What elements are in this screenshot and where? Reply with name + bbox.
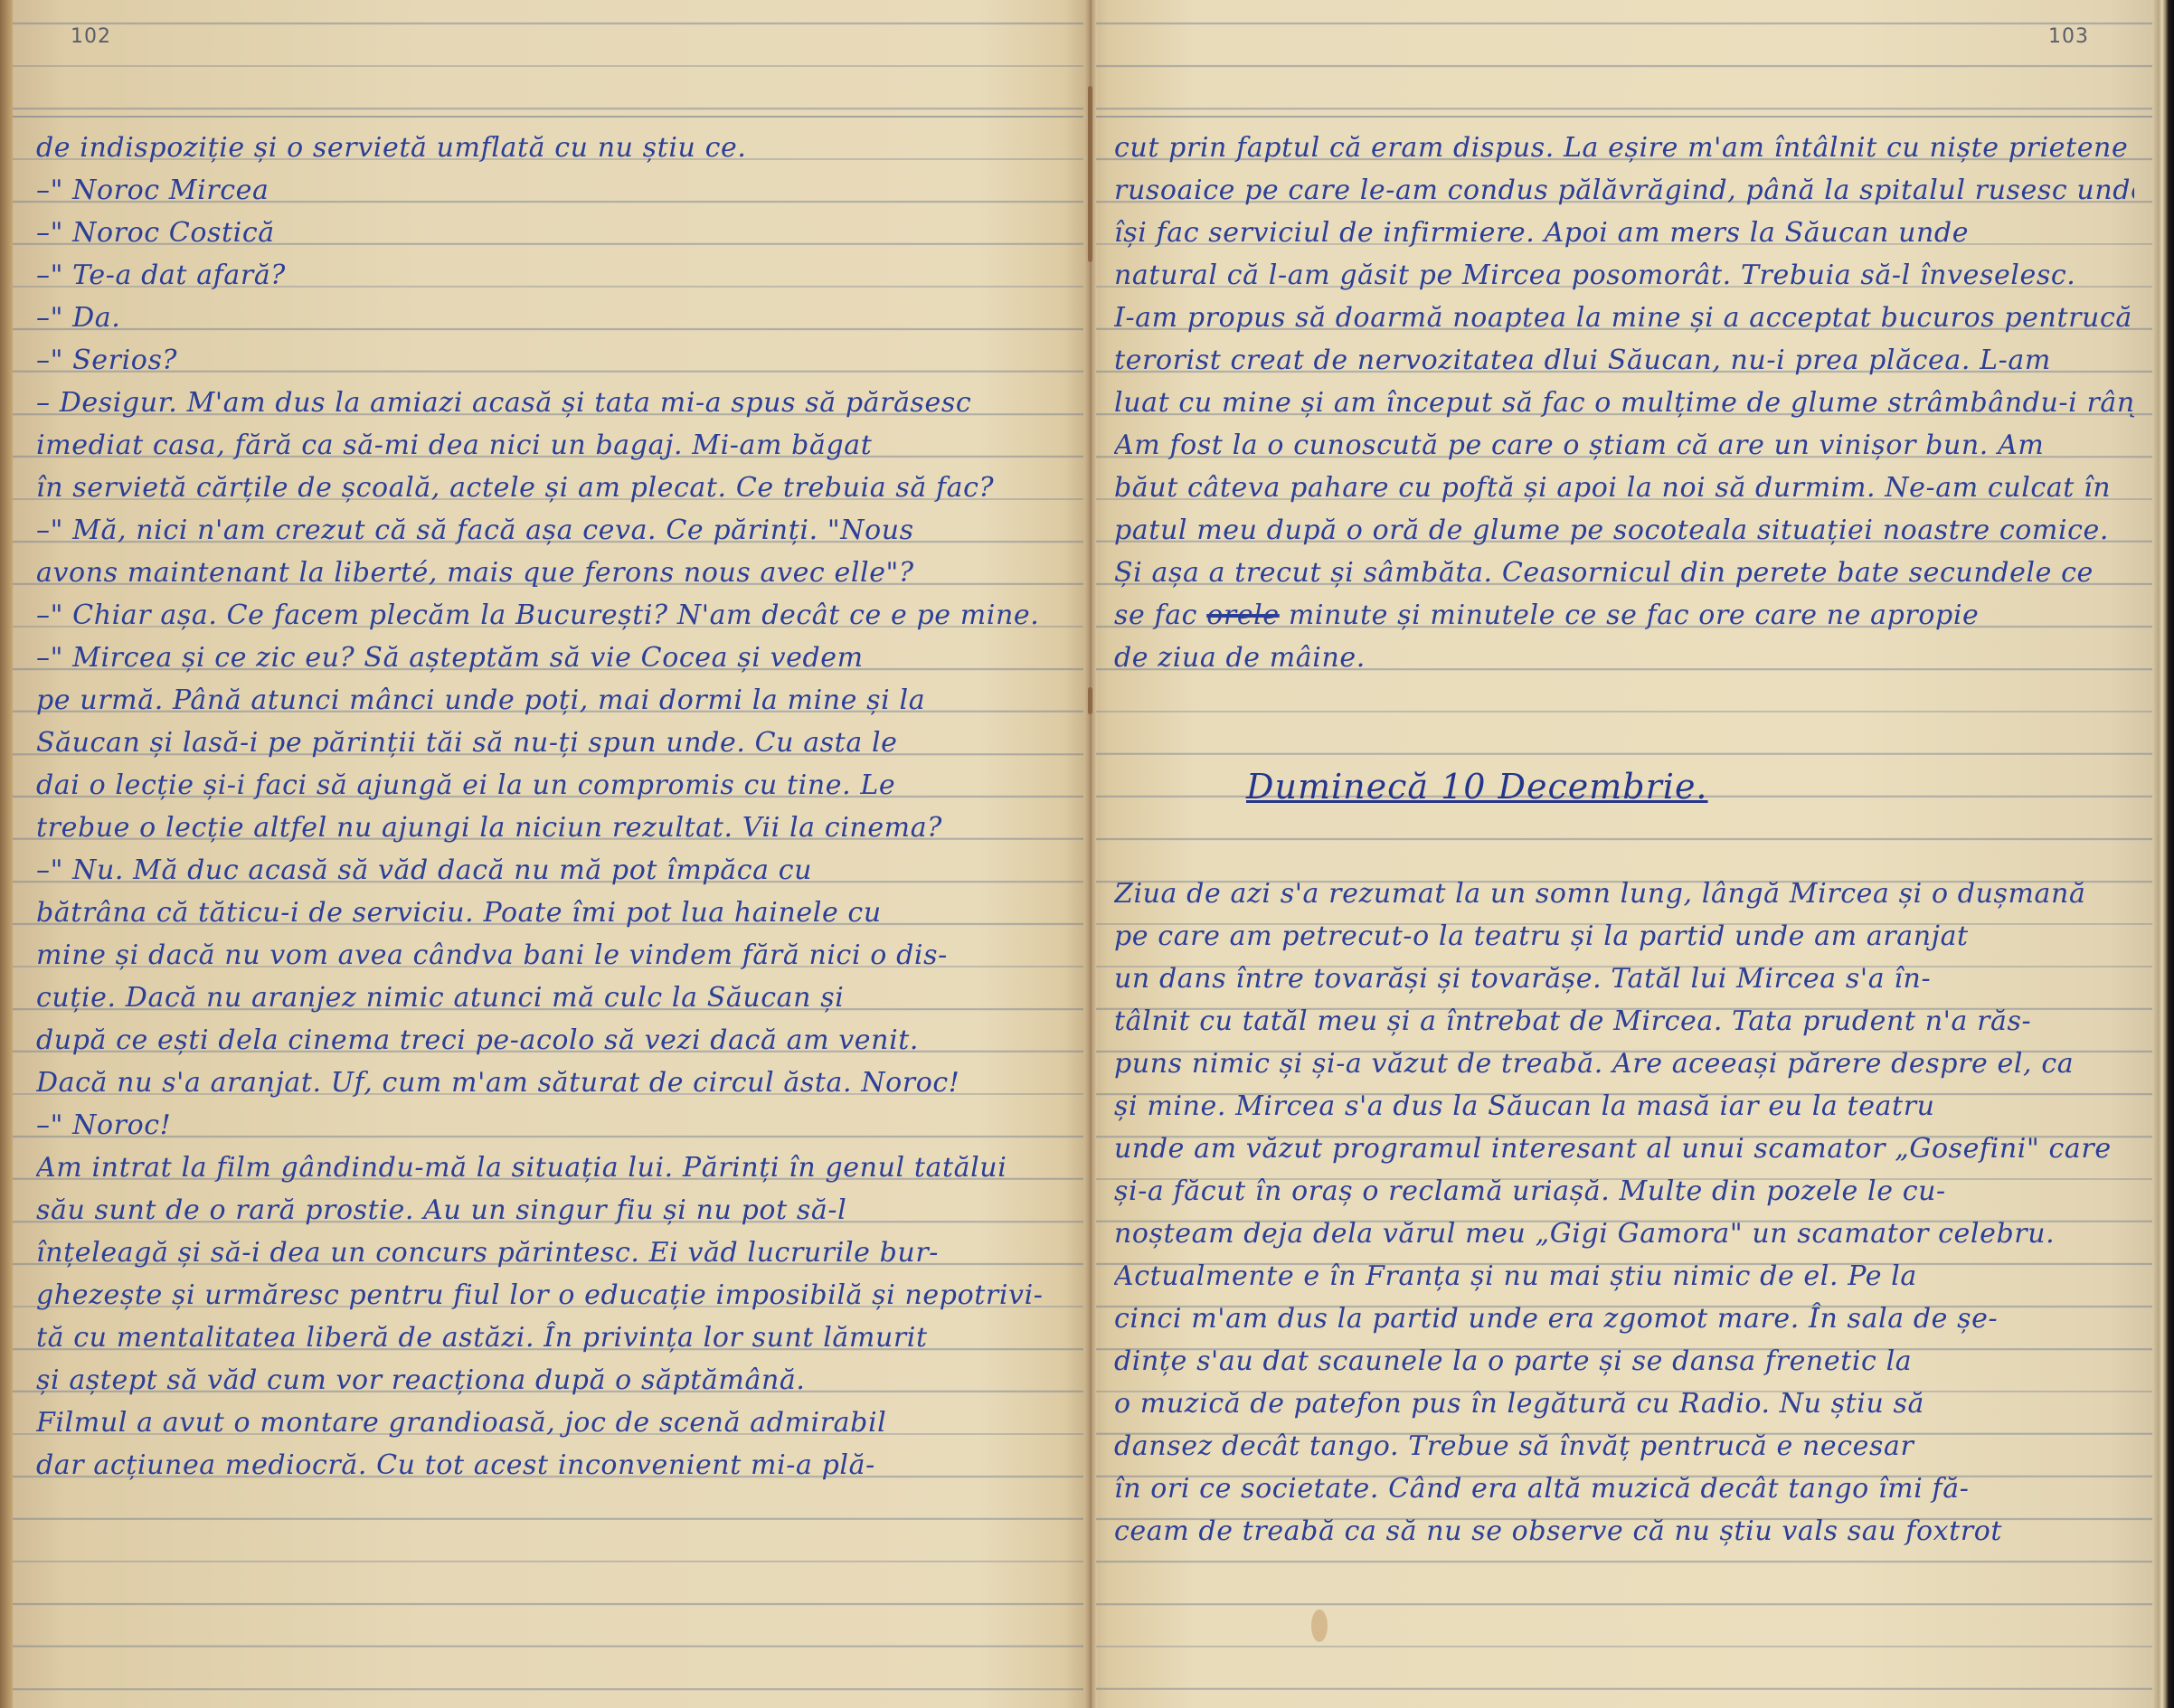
handwritten-line: își fac serviciul de infirmiere. Apoi am… xyxy=(1114,212,2134,254)
handwritten-line: dar acțiunea mediocră. Cu tot acest inco… xyxy=(36,1444,1065,1486)
top-rule xyxy=(1096,116,2152,118)
handwritten-line: avons maintenant la liberté, mais que fe… xyxy=(36,552,1065,594)
handwritten-line: Dacă nu s'a aranjat. Uf, cum m'am sătura… xyxy=(36,1062,1065,1104)
handwritten-line: dansez decât tango. Trebue să învăț pent… xyxy=(1114,1425,2134,1467)
handwritten-line: –" Mircea și ce zic eu? Să așteptăm să v… xyxy=(36,637,1065,679)
handwritten-line: dai o lecție și-i faci să ajungă ei la u… xyxy=(36,764,1065,807)
handwritten-line: –" Te-a dat afară? xyxy=(36,254,1065,297)
handwritten-line: –" Mă, nici n'am crezut că să facă așa c… xyxy=(36,509,1065,552)
handwritten-line: de ziua de mâine. xyxy=(1114,637,2134,679)
handwritten-line: după ce ești dela cinema treci pe-acolo … xyxy=(36,1019,1065,1062)
handwritten-line: Am intrat la film gândindu-mă la situați… xyxy=(36,1147,1065,1189)
handwritten-line: Filmul a avut o montare grandioasă, joc … xyxy=(36,1401,1065,1444)
handwritten-line: și aștept să văd cum vor reacționa după … xyxy=(36,1359,1065,1401)
entry-date-heading: Duminecă 10 Decembrie. xyxy=(1246,767,1708,807)
handwritten-line: – Desigur. M'am dus la amiazi acasă și t… xyxy=(36,382,1065,424)
handwritten-line: Actualmente e în Franța și nu mai știu n… xyxy=(1114,1255,2134,1298)
handwritten-line: său sunt de o rară prostie. Au un singur… xyxy=(36,1189,1065,1231)
handwritten-line: ceam de treabă ca să nu se observe că nu… xyxy=(1114,1510,2134,1552)
handwritten-line: se fac orele minute și minutele ce se fa… xyxy=(1114,594,2134,637)
handwritten-line: Și așa a trecut și sâmbăta. Ceasornicul … xyxy=(1114,552,2134,594)
handwritten-line: puns nimic și și-a văzut de treabă. Are … xyxy=(1114,1043,2134,1085)
handwritten-line: –" Noroc Costică xyxy=(36,212,1065,254)
handwritten-line: bătrâna că tăticu-i de serviciu. Poate î… xyxy=(36,892,1065,934)
handwritten-line: tâlnit cu tatăl meu și a întrebat de Mir… xyxy=(1114,1000,2134,1043)
handwritten-line: patul meu după o oră de glume pe socotea… xyxy=(1114,509,2134,552)
handwritten-line: –" Da. xyxy=(36,297,1065,339)
handwritten-line: ghezește și urmăresc pentru fiul lor o e… xyxy=(36,1274,1065,1316)
handwritten-line: băut câteva pahare cu poftă și apoi la n… xyxy=(1114,467,2134,509)
handwritten-line: Ziua de azi s'a rezumat la un somn lung,… xyxy=(1114,873,2134,915)
handwritten-line: terorist creat de nervozitatea dlui Săuc… xyxy=(1114,339,2134,382)
handwritten-line: –" Nu. Mă duc acasă să văd dacă nu mă po… xyxy=(36,849,1065,892)
right-page-text: cut prin faptul că eram dispus. La eșire… xyxy=(1114,127,2134,679)
left-page: 102 de indispoziție și o servietă umflat… xyxy=(0,0,1083,1708)
handwritten-line: –" Noroc! xyxy=(36,1104,1065,1147)
binding-stitch xyxy=(1088,86,1092,262)
handwritten-line: Săucan și lasă-i pe părinții tăi să nu-ț… xyxy=(36,722,1065,764)
handwritten-line: noșteam deja dela vărul meu „Gigi Gamora… xyxy=(1114,1213,2134,1255)
handwritten-line: un dans între tovarăși și tovarășe. Tată… xyxy=(1114,958,2134,1000)
handwritten-line: rusoaice pe care le-am condus pălăvrăgin… xyxy=(1114,169,2134,212)
handwritten-line: luat cu mine și am început să fac o mulț… xyxy=(1114,382,2134,424)
handwritten-line: în servietă cărțile de școală, actele și… xyxy=(36,467,1065,509)
handwritten-line: înțeleagă și să-i dea un concurs părinte… xyxy=(36,1231,1065,1274)
left-page-text: de indispoziție și o servietă umflată cu… xyxy=(36,127,1065,1486)
handwritten-line: trebue o lecție altfel nu ajungi la nici… xyxy=(36,807,1065,849)
handwritten-line: unde am văzut programul interesant al un… xyxy=(1114,1128,2134,1170)
notebook-spread: 102 de indispoziție și o servietă umflat… xyxy=(0,0,2174,1708)
handwritten-line: și mine. Mircea s'a dus la Săucan la mas… xyxy=(1114,1085,2134,1128)
handwritten-line: o muzică de patefon pus în legătură cu R… xyxy=(1114,1382,2134,1425)
handwritten-line: –" Noroc Mircea xyxy=(36,169,1065,212)
right-page-entry-text: Ziua de azi s'a rezumat la un somn lung,… xyxy=(1114,873,2134,1552)
struck-out-word: orele xyxy=(1206,599,1280,631)
top-rule xyxy=(13,116,1083,118)
handwritten-line: de indispoziție și o servietă umflată cu… xyxy=(36,127,1065,169)
binding-stitch xyxy=(1088,687,1092,714)
handwritten-line: natural că l-am găsit pe Mircea posomorâ… xyxy=(1114,254,2134,297)
handwritten-line: I-am propus să doarmă noaptea la mine și… xyxy=(1114,297,2134,339)
handwritten-line: –" Serios? xyxy=(36,339,1065,382)
handwritten-line: cut prin faptul că eram dispus. La eșire… xyxy=(1114,127,2134,169)
page-number: 103 xyxy=(2048,25,2089,48)
handwritten-line: tă cu mentalitatea liberă de astăzi. În … xyxy=(36,1316,1065,1359)
page-number: 102 xyxy=(71,25,111,48)
handwritten-line: Am fost la o cunoscută pe care o știam c… xyxy=(1114,424,2134,467)
right-page: 103 cut prin faptul că eram dispus. La e… xyxy=(1096,0,2152,1708)
handwritten-line: și-a făcut în oraș o reclamă uriașă. Mul… xyxy=(1114,1170,2134,1213)
handwritten-line: imediat casa, fără ca să-mi dea nici un … xyxy=(36,424,1065,467)
handwritten-line: pe care am petrecut-o la teatru și la pa… xyxy=(1114,915,2134,958)
handwritten-line: în ori ce societate. Când era altă muzic… xyxy=(1114,1467,2134,1510)
handwritten-line: cinci m'am dus la partid unde era zgomot… xyxy=(1114,1298,2134,1340)
handwritten-line: dințe s'au dat scaunele la o parte și se… xyxy=(1114,1340,2134,1382)
handwritten-line: mine și dacă nu vom avea cândva bani le … xyxy=(36,934,1065,977)
handwritten-line: cuție. Dacă nu aranjez nimic atunci mă c… xyxy=(36,977,1065,1019)
paper-stain xyxy=(1311,1609,1328,1642)
handwritten-line: pe urmă. Până atunci mânci unde poți, ma… xyxy=(36,679,1065,722)
notebook-right-edge xyxy=(2152,0,2174,1708)
handwritten-line: –" Chiar așa. Ce facem plecăm la Bucureș… xyxy=(36,594,1065,637)
